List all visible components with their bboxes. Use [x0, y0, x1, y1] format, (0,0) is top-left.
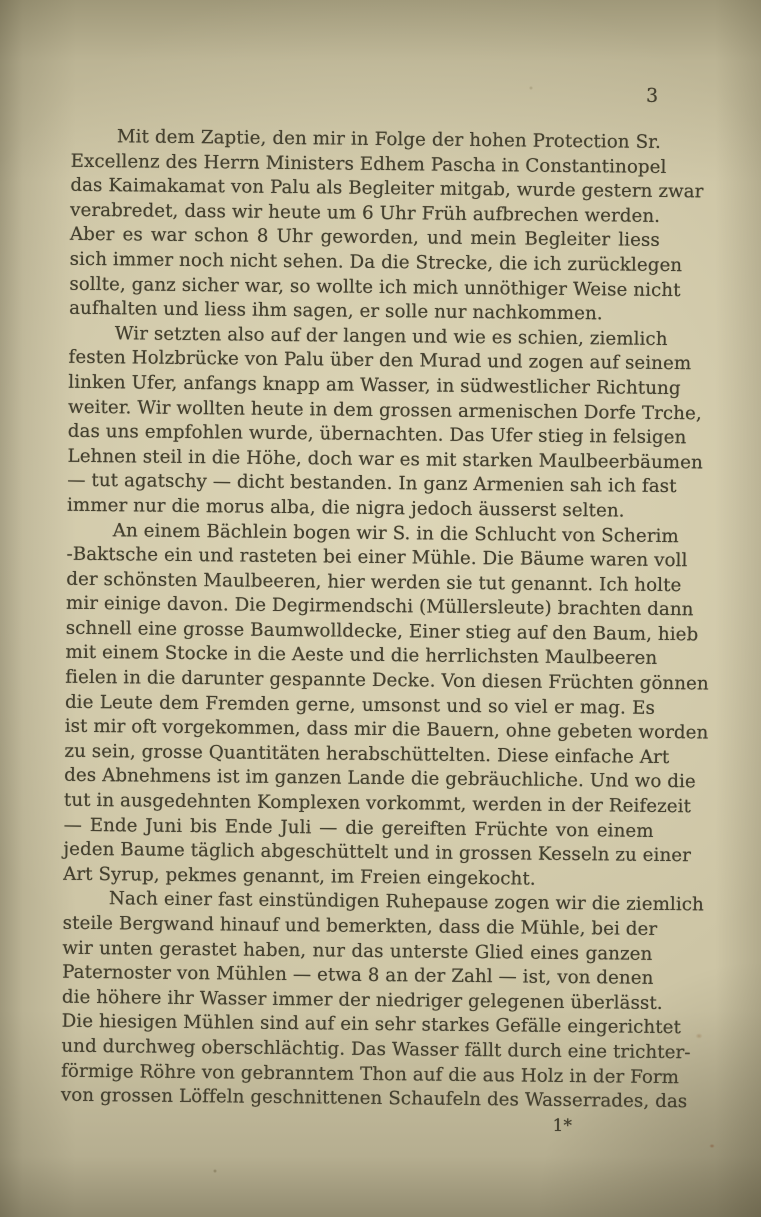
- paragraph: Mit dem Zaptie, den mir in Folge der hoh…: [69, 125, 661, 328]
- paragraph: An einem Bächlein bogen wir S. in die Sc…: [63, 518, 657, 893]
- page-content: 3 Mit dem Zaptie, den mir in Folge der h…: [0, 0, 761, 1217]
- page-number: 3: [639, 85, 665, 107]
- scanned-book-page: 3 Mit dem Zaptie, den mir in Folge der h…: [0, 0, 761, 1217]
- signature-mark: 1*: [60, 1108, 650, 1139]
- text-block: Mit dem Zaptie, den mir in Folge der hoh…: [60, 125, 661, 1139]
- paragraph: Nach einer fast einstündigen Ruhepause z…: [61, 887, 653, 1115]
- paragraph: Wir setzten also auf der langen und wie …: [67, 321, 659, 524]
